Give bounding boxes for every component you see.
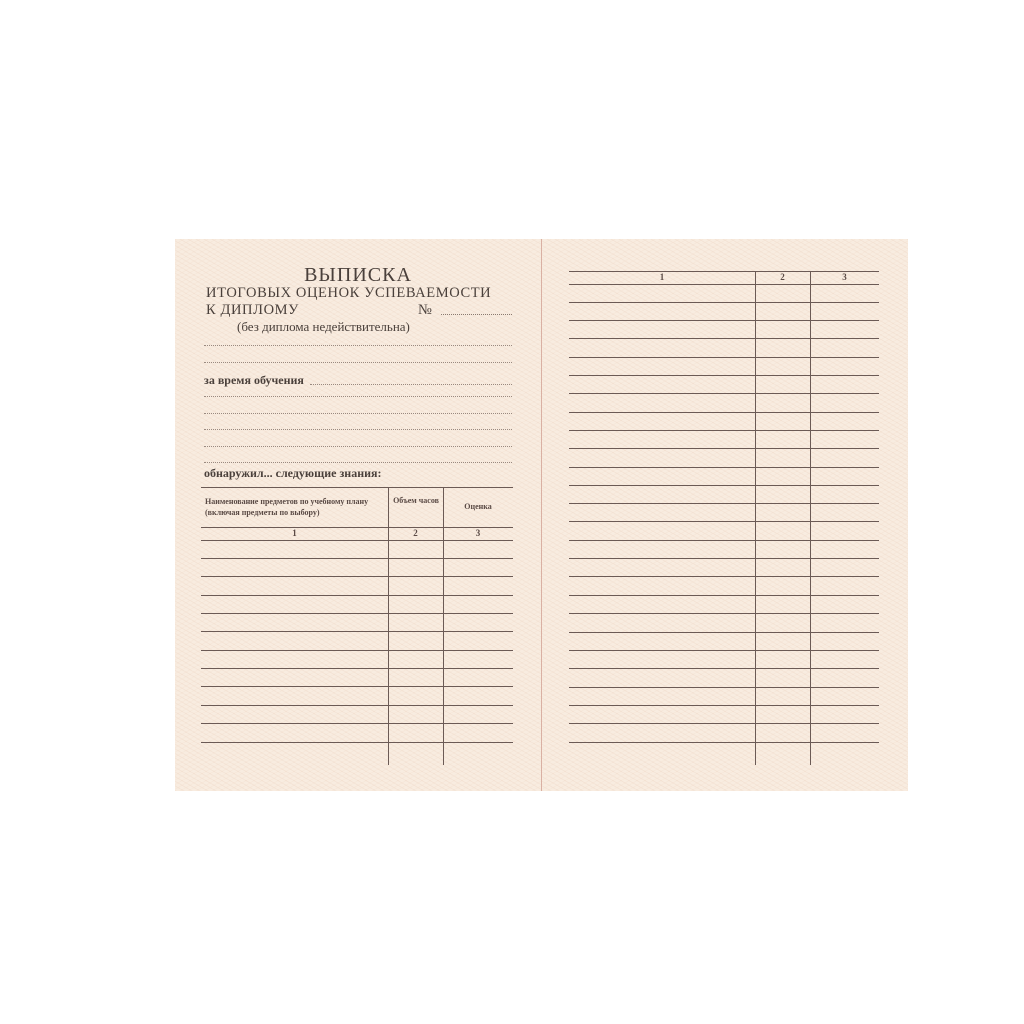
row-line [569,668,879,669]
row-line [569,302,879,303]
study-period-label: за время обучения [204,373,304,388]
document-subtitle: ИТОГОВЫХ ОЦЕНОК УСПЕВАЕМОСТИ [206,285,491,302]
column-divider-1 [388,487,389,765]
row-line [569,650,879,651]
row-line [569,375,879,376]
row-line [569,742,879,743]
name-field-line-1[interactable] [204,345,512,346]
row-line [201,631,513,632]
column-number-3: 3 [443,528,513,538]
header-subject-name: Наименование предметов по учебному плану… [205,496,385,518]
row-line [569,412,879,413]
row-line [569,540,879,541]
study-period-field[interactable] [310,384,512,385]
row-line [569,448,879,449]
row-line [201,650,513,651]
row-line [201,742,513,743]
row-line [569,320,879,321]
row-line [569,430,879,431]
column-number-3: 3 [810,272,879,282]
diploma-number-label: № [418,302,432,319]
row-line [569,595,879,596]
table-top-border [201,487,513,488]
row-line [569,632,879,633]
row-line [201,558,513,559]
row-line [201,723,513,724]
column-number-2: 2 [388,528,443,538]
row-line [569,613,879,614]
left-page: ВЫПИСКА ИТОГОВЫХ ОЦЕНОК УСПЕВАЕМОСТИ К Д… [175,239,541,791]
row-line [201,613,513,614]
row-line [569,723,879,724]
knowledge-label: обнаружил... следующие знания: [204,466,382,481]
row-line [569,576,879,577]
column-number-1: 1 [569,272,755,282]
row-line [569,558,879,559]
column-divider-1 [755,271,756,765]
header-hours: Объем часов [389,493,443,508]
row-line [201,576,513,577]
diploma-number-field[interactable] [441,314,512,315]
row-line [569,687,879,688]
document-title: ВЫПИСКА [175,264,541,287]
row-line [569,503,879,504]
row-line [569,357,879,358]
column-number-1: 1 [201,528,388,538]
name-field-line-2[interactable] [204,362,512,363]
info-field-line-1[interactable] [204,396,512,397]
header-bottom-border [569,284,879,285]
header-grade: Оценка [443,501,513,512]
row-line [201,595,513,596]
scanned-document: ВЫПИСКА ИТОГОВЫХ ОЦЕНОК УСПЕВАЕМОСТИ К Д… [0,0,1024,1024]
validity-note: (без диплома недействительна) [237,319,410,335]
column-divider-2 [443,487,444,765]
info-field-line-4[interactable] [204,446,512,447]
row-line [569,467,879,468]
row-line [569,485,879,486]
right-page: 1 2 3 [541,239,908,791]
row-line [201,705,513,706]
grades-table-right: 1 2 3 [569,271,879,765]
info-field-line-5[interactable] [204,462,512,463]
column-number-2: 2 [755,272,810,282]
info-field-line-3[interactable] [204,429,512,430]
to-diploma-label: К ДИПЛОМУ [206,302,299,319]
row-line [569,393,879,394]
row-line [569,521,879,522]
row-line [569,338,879,339]
grades-table-left: Наименование предметов по учебному плану… [201,487,513,765]
row-line [201,686,513,687]
row-line [201,540,513,541]
info-field-line-2[interactable] [204,413,512,414]
column-divider-2 [810,271,811,765]
row-line [569,705,879,706]
row-line [201,668,513,669]
